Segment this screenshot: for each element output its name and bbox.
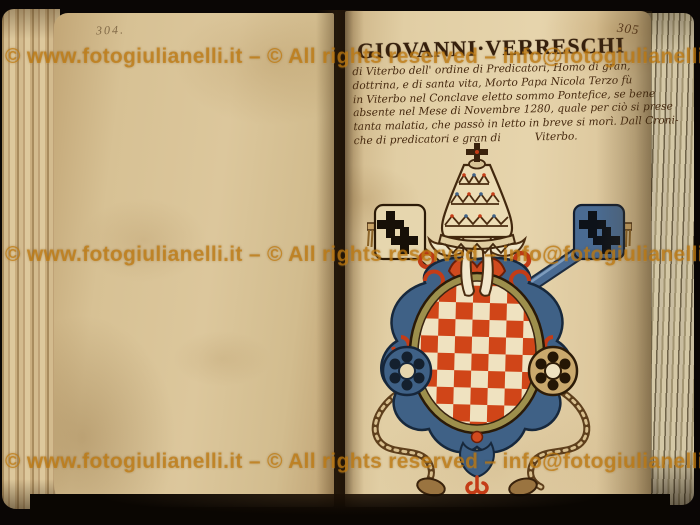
manuscript-text: di Viterbo dell' ordine di Predicatori, …	[352, 60, 654, 149]
checkered-shield	[410, 273, 544, 433]
manuscript-photo: 304. 305 GIOVANNI·VERRESCHI di Viterbo d…	[0, 0, 700, 525]
left-folio-number: 304.	[96, 22, 126, 38]
right-page: 305 GIOVANNI·VERRESCHI di Viterbo dell' …	[345, 11, 651, 507]
papal-coat-of-arms	[367, 141, 632, 513]
blue-key-bow-icon	[383, 347, 431, 395]
left-page-edges	[2, 9, 60, 509]
blue-key-bit-icon	[574, 205, 624, 259]
left-page: 304.	[54, 13, 334, 507]
right-page-edges	[646, 13, 694, 505]
gold-key-bit-icon	[375, 205, 425, 259]
gold-key-bow-icon	[529, 347, 577, 395]
book-bottom-shadow	[30, 494, 670, 524]
manuscript-title: GIOVANNI·VERRESCHI	[357, 32, 650, 65]
